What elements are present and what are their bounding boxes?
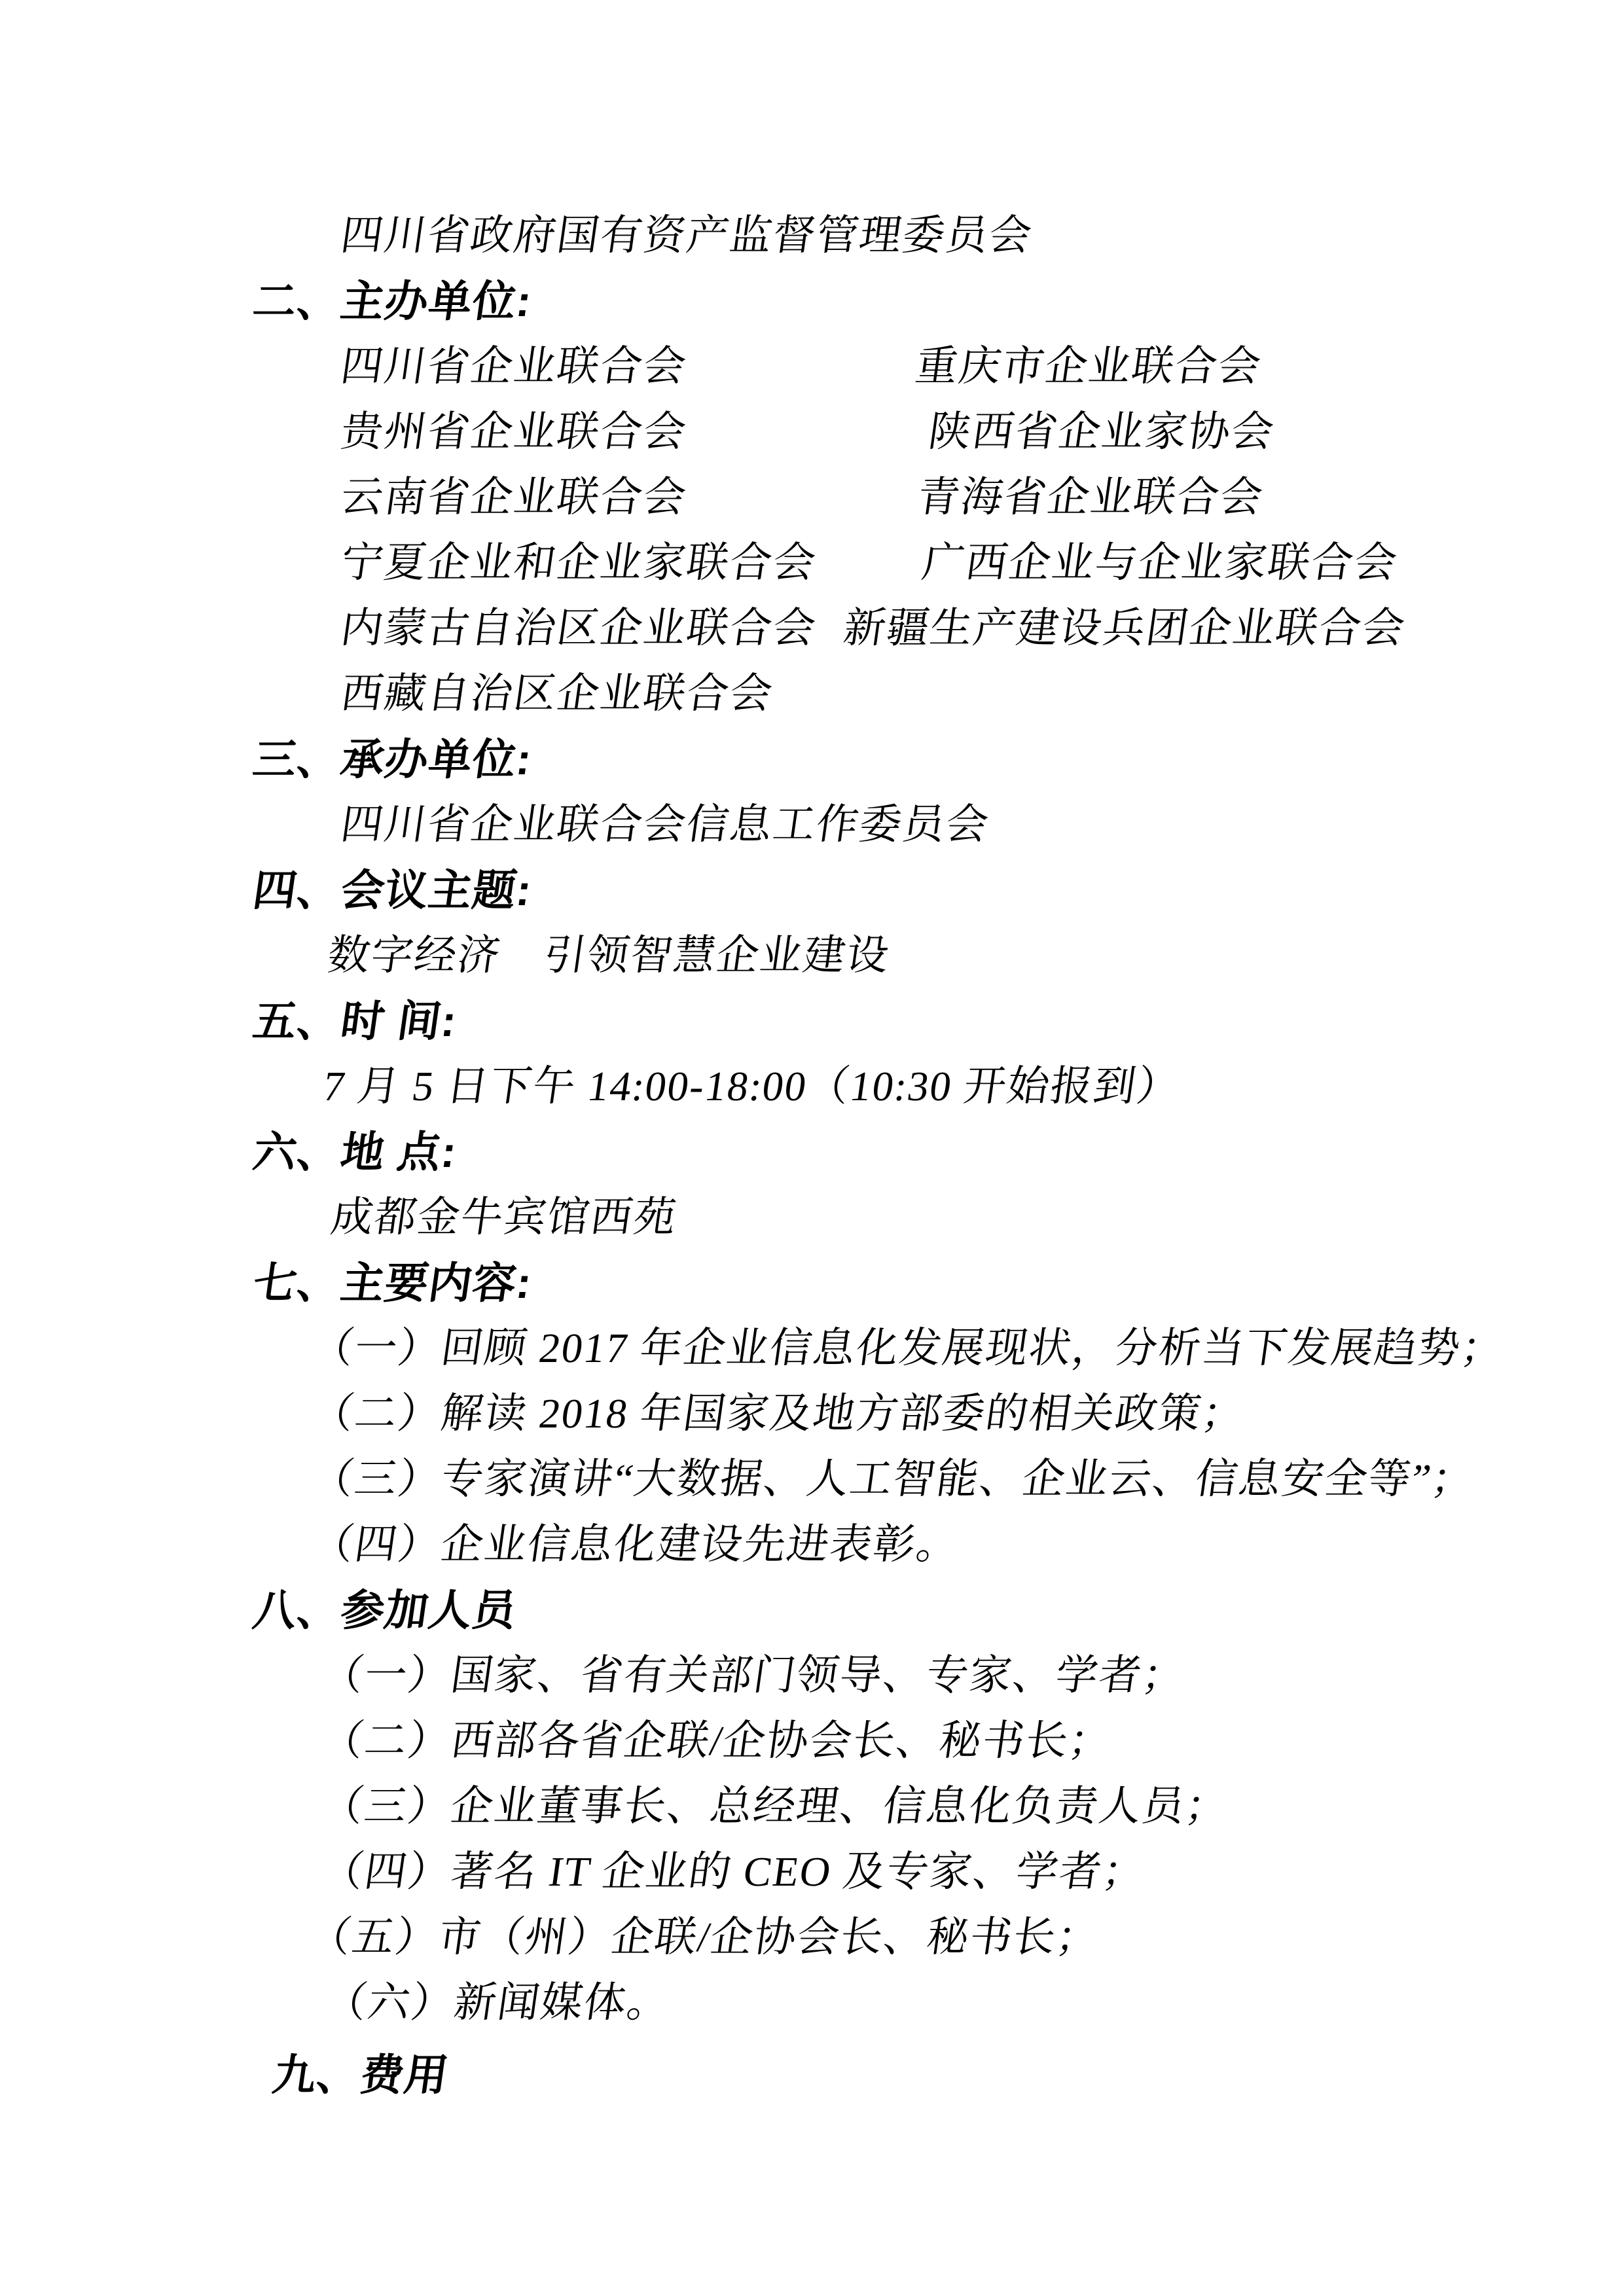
participant-item: （六）新闻媒体。: [320, 1970, 675, 2036]
fees-heading: 九、费用: [268, 2042, 453, 2108]
agenda-item: （一）回顾 2017 年企业信息化发展现状，分析当下发展趋势；: [307, 1316, 1509, 1381]
host-unit: 西藏自治区企业联合会: [336, 661, 778, 726]
undertaker-heading: 三、承办单位:: [249, 726, 536, 792]
participant-item: （五）市（州）企联/企协会长、秘书长；: [304, 1905, 1104, 1970]
agenda-item: （二）解读 2018 年国家及地方部委的相关政策；: [307, 1381, 1250, 1446]
host-unit: 四川省企业联合会: [336, 334, 691, 399]
theme-text: 数字经济 引领智慧企业建设: [323, 923, 894, 988]
participant-item: （四）著名 IT 企业的 CEO 及专家、学者；: [317, 1839, 1150, 1905]
time-heading: 五、时 间:: [249, 988, 461, 1054]
participant-item: （二）西部各省企联/企协会长、秘书长；: [317, 1708, 1117, 1774]
host-unit: 宁夏企业和企业家联合会: [336, 530, 821, 596]
host-unit: 陕西省企业家协会: [924, 399, 1279, 465]
host-unit: 内蒙古自治区企业联合会: [336, 596, 821, 661]
agenda-item: （三）专家演讲“大数据、人工智能、企业云、信息安全等”；: [307, 1446, 1479, 1512]
agenda-item: （四）企业信息化建设先进表彰。: [307, 1512, 964, 1577]
host-units-heading: 二、主办单位:: [249, 268, 536, 334]
venue-text: 成都金牛宾馆西苑: [327, 1185, 681, 1250]
undertaker-name: 四川省企业联合会信息工作委员会: [336, 792, 994, 857]
host-unit: 新疆生产建设兵团企业联合会: [839, 596, 1410, 661]
host-unit: 云南省企业联合会: [336, 465, 691, 530]
theme-heading: 四、会议主题:: [249, 857, 536, 923]
host-unit: 广西企业与企业家联合会: [918, 530, 1402, 596]
host-unit: 贵州省企业联合会: [336, 399, 691, 465]
participant-item: （一）国家、省有关部门领导、专家、学者；: [317, 1643, 1190, 1708]
supervisor-unit-line: 四川省政府国有资产监督管理委员会: [336, 203, 1037, 268]
participants-heading: 八、参加人员: [249, 1577, 521, 1643]
venue-heading: 六、地 点:: [249, 1119, 461, 1185]
document-page: 四川省政府国有资产监督管理委员会 二、主办单位: 四川省企业联合会 重庆市企业联…: [0, 0, 1624, 2296]
participant-item: （三）企业董事长、总经理、信息化负责人员；: [317, 1774, 1233, 1839]
host-unit: 重庆市企业联合会: [911, 334, 1266, 399]
agenda-heading: 七、主要内容:: [249, 1250, 536, 1316]
host-unit: 青海省企业联合会: [913, 465, 1268, 530]
time-text: 7 月 5 日下午 14:00-18:00（10:30 开始报到）: [319, 1054, 1185, 1119]
